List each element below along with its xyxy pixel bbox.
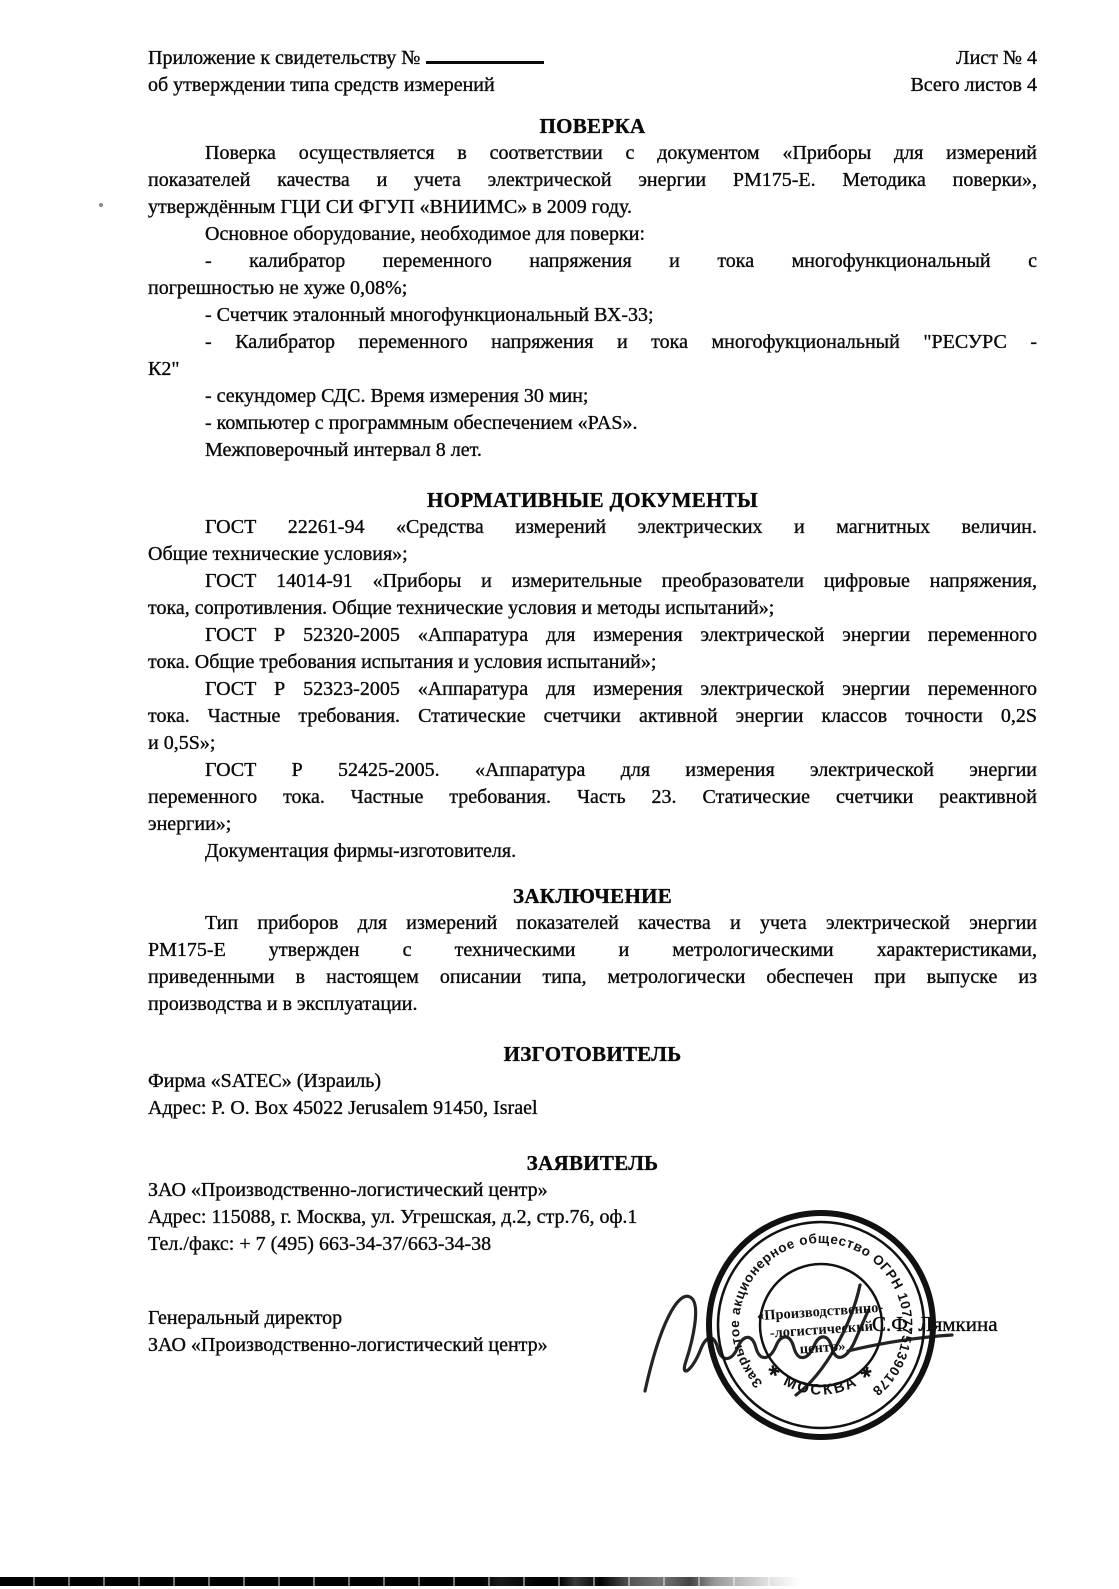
text-line: ГОСТ Р 52320-2005 «Аппаратура для измере… [148,622,1037,649]
text-line: утверждённым ГЦИ СИ ФГУП «ВНИИМС» в 2009… [148,194,1037,221]
section-title-manufacturer: ИЗГОТОВИТЕЛЬ [148,1041,1037,1068]
text-line: К2" [148,356,1037,383]
scan-artifact-dot [99,203,103,207]
text-line: энергии»; [148,811,1037,838]
text-line: Поверка осуществляется в соответствии с … [148,140,1037,167]
text-line: и 0,5S»; [148,730,1037,757]
section-title-normative-documents: НОРМАТИВНЫЕ ДОКУМЕНТЫ [148,487,1037,514]
text-line: ГОСТ 14014-91 «Приборы и измерительные п… [148,568,1037,595]
text-line: производства и в эксплуатации. [148,991,1037,1018]
text-line: приведенными в настоящем описании типа, … [148,964,1037,991]
text-line: - секундомер СДС. Время измерения 30 мин… [148,383,1037,410]
document-content: Приложение к свидетельству № об утвержде… [148,45,1037,1359]
handwritten-signature [630,1263,960,1413]
text-line: - компьютер с программным обеспечением «… [148,410,1037,437]
manufacturer-name: Фирма «SATEC» (Израиль) [148,1068,1037,1095]
document-page: Приложение к свидетельству № об утвержде… [0,0,1119,1589]
signature-flourish [848,1335,952,1351]
text-line: ГОСТ 22261-94 «Средства измерений электр… [148,514,1037,541]
applicant-name: ЗАО «Производственно-логистический центр… [148,1177,1037,1204]
text-line: Документация фирмы-изготовителя. [148,838,1037,865]
text-line: тока. Общие требования испытания и услов… [148,649,1037,676]
text-line: - калибратор переменного напряжения и то… [148,248,1037,275]
text-line: тока, сопротивления. Общие технические у… [148,595,1037,622]
appendix-label: Приложение к свидетельству № [148,47,420,69]
text-line: ГОСТ Р 52323-2005 «Аппаратура для измере… [148,676,1037,703]
manufacturer-address: Адрес: P. O. Box 45022 Jerusalem 91450, … [148,1095,1037,1122]
header-left: Приложение к свидетельству № об утвержде… [148,45,544,99]
text-line: погрешностью не хуже 0,08%; [148,275,1037,302]
text-line: переменного тока. Частные требования. Ча… [148,784,1037,811]
appendix-line-2: об утверждении типа средств измерений [148,72,544,99]
text-line: РМ175-Е утвержден с техническими и метро… [148,937,1037,964]
appendix-line-1: Приложение к свидетельству № [148,45,544,72]
text-line: - Счетчик эталонный многофункциональный … [148,302,1037,329]
text-line: Общие технические условия»; [148,541,1037,568]
scan-artifact-strip [0,1577,800,1586]
signature-scrawl [645,1296,868,1391]
section-title-conclusion: ЗАКЛЮЧЕНИЕ [148,883,1037,910]
text-line: Тип приборов для измерений показателей к… [148,910,1037,937]
total-sheets: Всего листов 4 [910,72,1037,99]
text-line: Межповерочный интервал 8 лет. [148,437,1037,464]
header: Приложение к свидетельству № об утвержде… [148,45,1037,99]
text-line: ГОСТ Р 52425-2005. «Аппаратура для измер… [148,757,1037,784]
text-line: тока. Частные требования. Статические сч… [148,703,1037,730]
text-line: Основное оборудование, необходимое для п… [148,221,1037,248]
text-line: показателей качества и учета электрическ… [148,167,1037,194]
sheet-number: Лист № 4 [910,45,1037,72]
section-title-applicant: ЗАЯВИТЕЛЬ [148,1150,1037,1177]
text-line: - Калибратор переменного напряжения и то… [148,329,1037,356]
header-right: Лист № 4 Всего листов 4 [910,45,1037,99]
certificate-number-blank-line [426,61,544,64]
signature-graphic [630,1263,960,1413]
section-title-verification: ПОВЕРКА [148,113,1037,140]
